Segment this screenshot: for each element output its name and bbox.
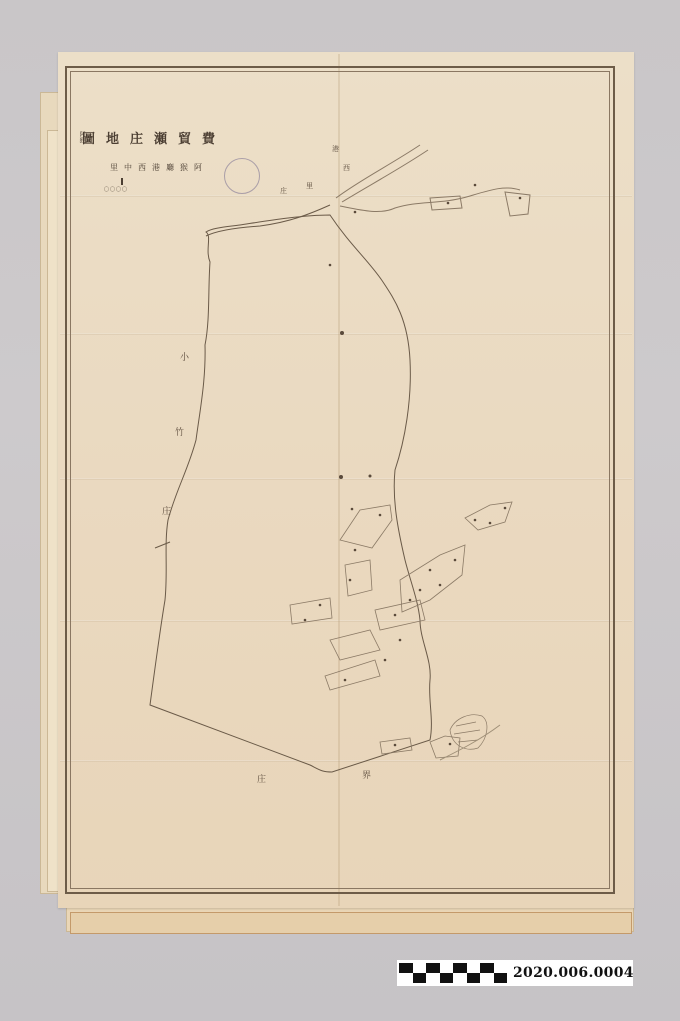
place-label: 里: [306, 181, 313, 191]
checker-cell: [480, 963, 494, 973]
map-drawing: [0, 0, 680, 1021]
catalog-label: 2020.006.0004: [397, 960, 633, 986]
plot: [290, 598, 332, 624]
accession-number: 2020.006.0004: [513, 965, 634, 981]
checker-cell: [467, 973, 481, 983]
checker-cell: [453, 963, 467, 973]
color-checker-icon: [399, 963, 507, 983]
checker-cell: [399, 963, 413, 973]
checker-cell: [413, 963, 427, 973]
place-label: 庄: [257, 772, 266, 785]
upper-plot-right: [505, 192, 530, 216]
plot: [325, 660, 380, 690]
plot: [465, 502, 512, 530]
plot: [345, 560, 372, 596]
checker-cell: [426, 973, 440, 983]
place-label: 竹: [175, 425, 184, 438]
checker-cell: [494, 963, 508, 973]
place-label: 界: [362, 768, 371, 781]
checker-cell: [426, 963, 440, 973]
checker-cell: [467, 963, 481, 973]
checker-cell: [440, 973, 454, 983]
upper-plot: [430, 196, 462, 210]
checker-cell: [480, 973, 494, 983]
river-bank-lower: [342, 150, 428, 202]
place-label: 西: [343, 163, 350, 173]
boundary-line: [150, 215, 431, 772]
checker-cell: [453, 973, 467, 983]
place-label: 港: [332, 144, 339, 154]
plot: [330, 630, 380, 660]
checker-cell: [440, 963, 454, 973]
place-label: 庄: [162, 504, 171, 517]
place-label: 庄: [280, 186, 287, 196]
road-line: [440, 725, 500, 760]
checker-cell: [399, 973, 413, 983]
checker-cell: [413, 973, 427, 983]
plot: [430, 736, 460, 758]
checker-cell: [494, 973, 508, 983]
place-label: 小: [180, 350, 189, 363]
plot: [340, 505, 392, 548]
